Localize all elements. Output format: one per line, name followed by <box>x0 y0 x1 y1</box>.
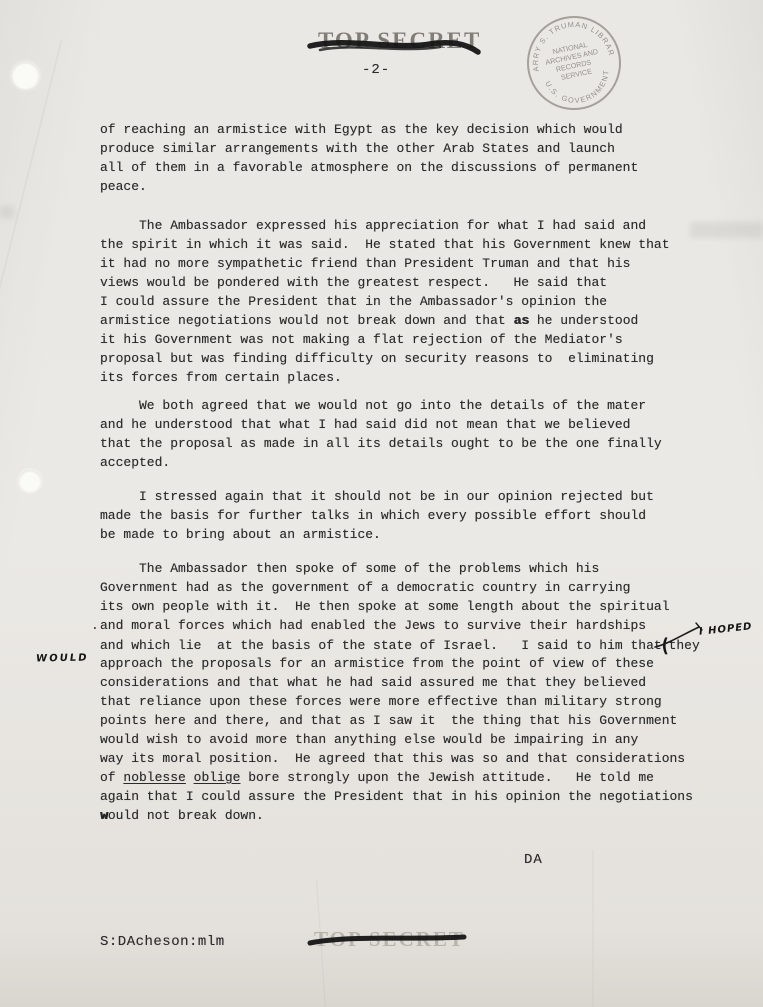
text-line-with-insertion: and which lie at the basis of the state … <box>100 635 720 654</box>
text-line: again that I could assure the President … <box>100 787 720 806</box>
text-run: he understood <box>529 313 638 328</box>
archive-stamp: HARRY S. TRUMAN LIBRARY U.S. GOVERNMENT … <box>514 3 633 124</box>
punch-hole-top <box>12 62 39 89</box>
paper-crease <box>592 850 594 1007</box>
page-number: -2- <box>362 62 390 78</box>
text-line: We both agreed that we would not go into… <box>100 396 720 415</box>
svg-text:NATIONAL ARCHIVES AND: NATIONAL ARCHIVES AND RECORDS SERVICE <box>543 38 605 85</box>
text-run: and which lie at the basis of the state … <box>100 638 662 653</box>
text-run <box>186 770 194 785</box>
classification-stamp-bottom: TOP SECRET <box>314 927 465 952</box>
text-line: points here and there, and that as I saw… <box>100 711 720 730</box>
paragraph-5: The Ambassador then spoke of some of the… <box>100 559 720 825</box>
text-line: and moral forces which had enabled the J… <box>100 616 720 635</box>
handwritten-paren: ( <box>662 634 669 658</box>
text-line: that reliance upon these forces were mor… <box>100 692 720 711</box>
text-line: approach the proposals for an armistice … <box>100 654 720 673</box>
signer-initials: DA <box>524 852 543 868</box>
text-line: it had no more sympathetic friend than P… <box>100 254 720 273</box>
text-line: way its moral position. He agreed that t… <box>100 749 720 768</box>
text-run: armistice negotiations would not break d… <box>100 313 513 328</box>
paragraph-1: of reaching an armistice with Egypt as t… <box>100 120 720 196</box>
paper-crease <box>0 40 63 584</box>
text-line: accepted. <box>100 453 720 472</box>
text-line: I stressed again that it should not be i… <box>100 487 720 506</box>
text-run: of <box>100 770 123 785</box>
text-line: I could assure the President that in the… <box>100 292 720 311</box>
paragraph-2: The Ambassador expressed his appreciatio… <box>100 216 720 387</box>
handwritten-note-would: WOULD <box>35 653 89 665</box>
text-line: the spirit in which it was said. He stat… <box>100 235 720 254</box>
text-line: peace. <box>100 177 720 196</box>
text-line: proposal but was finding difficulty on s… <box>100 349 720 368</box>
text-line: The Ambassador expressed his appreciatio… <box>100 216 720 235</box>
text-line: views would be pondered with the greates… <box>100 273 720 292</box>
scanned-memo-page: TOP SECRET -2- HARRY S. TRUMAN LIBRARY U… <box>0 0 763 1007</box>
text-line: considerations and that what he had said… <box>100 673 720 692</box>
scan-smudge <box>0 206 14 218</box>
underlined-word: noblesse <box>123 770 185 785</box>
underlined-word: oblige <box>194 770 241 785</box>
text-line: it his Government was not making a flat … <box>100 330 720 349</box>
stray-period-mark: . <box>91 618 99 633</box>
text-line: made the basis for further talks in whic… <box>100 506 720 525</box>
text-line: that the proposal as made in all its det… <box>100 434 720 453</box>
text-line: and he understood that what I had said d… <box>100 415 720 434</box>
typist-identification: S:DAcheson:mlm <box>100 934 225 950</box>
text-line-with-correction: would not break down. <box>100 806 720 825</box>
text-line: produce similar arrangements with the ot… <box>100 139 720 158</box>
text-line: all of them in a favorable atmosphere on… <box>100 158 720 177</box>
text-line: be made to bring about an armistice. <box>100 525 720 544</box>
text-line-with-correction: armistice negotiations would not break d… <box>100 311 720 330</box>
classification-stamp-top: TOP SECRET <box>318 28 481 54</box>
text-line-with-underline: of noblesse oblige bore strongly upon th… <box>100 768 720 787</box>
text-line: its forces from certain places. <box>100 368 720 387</box>
text-line: of reaching an armistice with Egypt as t… <box>100 120 720 139</box>
overtyped-correction: as <box>513 313 529 328</box>
text-line: would wish to avoid more than anything e… <box>100 730 720 749</box>
paragraph-4: I stressed again that it should not be i… <box>100 487 720 544</box>
punch-hole-bottom <box>19 470 41 492</box>
text-run: bore strongly upon the Jewish attitude. … <box>240 770 653 785</box>
text-line: Government had as the government of a de… <box>100 578 720 597</box>
paragraph-3: We both agreed that we would not go into… <box>100 396 720 472</box>
text-run: they <box>669 638 700 653</box>
text-line: The Ambassador then spoke of some of the… <box>100 559 720 578</box>
text-line: its own people with it. He then spoke at… <box>100 597 720 616</box>
